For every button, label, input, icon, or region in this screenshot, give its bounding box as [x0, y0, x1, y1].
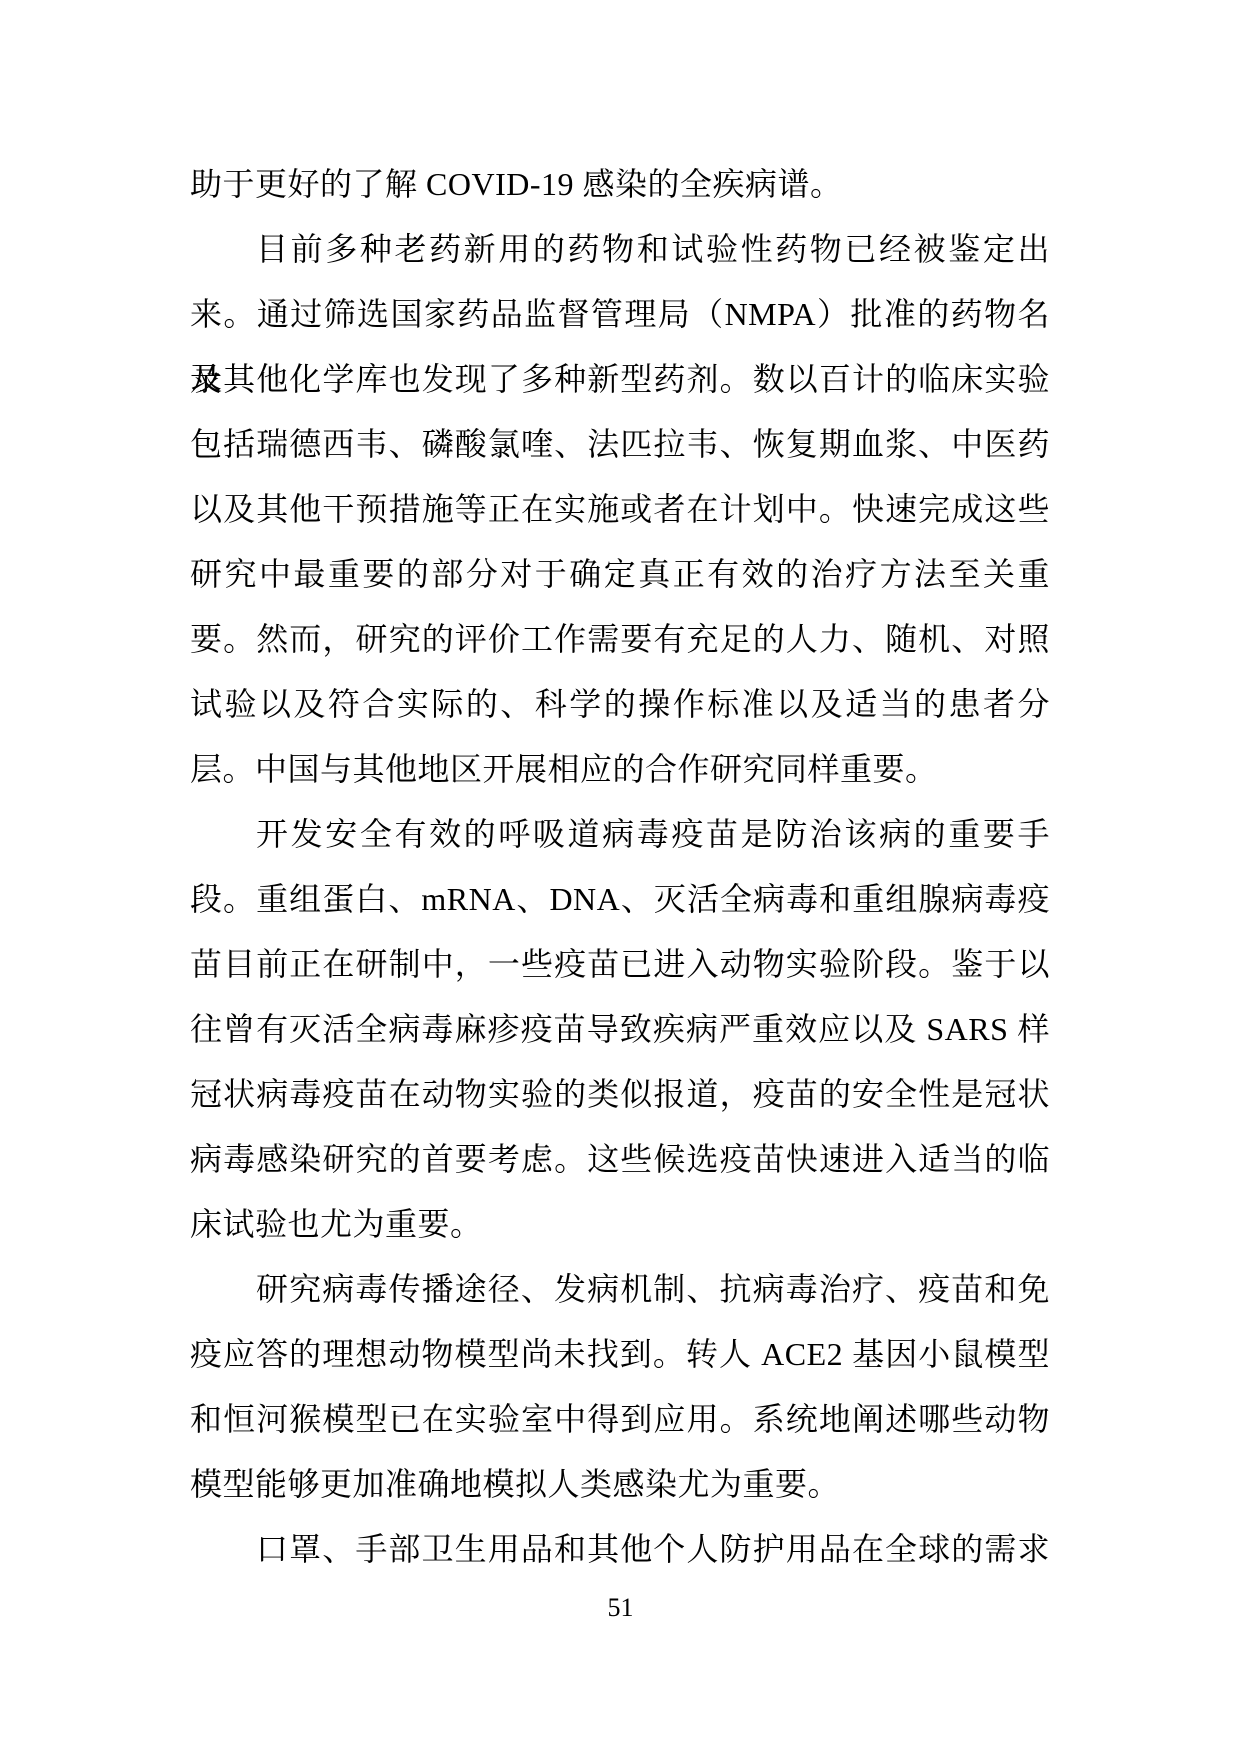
text-line: 目前多种老药新用的药物和试验性药物已经被鉴定出 [190, 217, 1050, 282]
text-line: 研究病毒传播途径、发病机制、抗病毒治疗、疫苗和免 [190, 1257, 1050, 1322]
text-line: 开发安全有效的呼吸道病毒疫苗是防治该病的重要手 [190, 802, 1050, 867]
text-line: 病毒感染研究的首要考虑。这些候选疫苗快速进入适当的临 [190, 1127, 1050, 1192]
text-line: 段。重组蛋白、mRNA、DNA、灭活全病毒和重组腺病毒疫 [190, 867, 1050, 932]
text-line: 和恒河猴模型已在实验室中得到应用。系统地阐述哪些动物 [190, 1387, 1050, 1452]
text-line: 往曾有灭活全病毒麻疹疫苗导致疾病严重效应以及 SARS 样 [190, 997, 1050, 1062]
text-line: 层。中国与其他地区开展相应的合作研究同样重要。 [190, 737, 1050, 802]
document-page: 助于更好的了解 COVID-19 感染的全疾病谱。 目前多种老药新用的药物和试验… [0, 0, 1241, 1754]
text-line: 疫应答的理想动物模型尚未找到。转人 ACE2 基因小鼠模型 [190, 1322, 1050, 1387]
text-line: 以及其他干预措施等正在实施或者在计划中。快速完成这些 [190, 477, 1050, 542]
text-line: 要。然而，研究的评价工作需要有充足的人力、随机、对照 [190, 607, 1050, 672]
text-block: 助于更好的了解 COVID-19 感染的全疾病谱。 目前多种老药新用的药物和试验… [190, 152, 1050, 1582]
text-line: 模型能够更加准确地模拟人类感染尤为重要。 [190, 1452, 1050, 1517]
text-line: 冠状病毒疫苗在动物实验的类似报道，疫苗的安全性是冠状 [190, 1062, 1050, 1127]
text-line: 研究中最重要的部分对于确定真正有效的治疗方法至关重 [190, 542, 1050, 607]
text-line: 苗目前正在研制中，一些疫苗已进入动物实验阶段。鉴于以 [190, 932, 1050, 997]
text-line: 包括瑞德西韦、磷酸氯喹、法匹拉韦、恢复期血浆、中医药 [190, 412, 1050, 477]
page-number: 51 [0, 1592, 1241, 1624]
text-line: 助于更好的了解 COVID-19 感染的全疾病谱。 [190, 152, 1050, 217]
text-line: 试验以及符合实际的、科学的操作标准以及适当的患者分 [190, 672, 1050, 737]
text-line: 及其他化学库也发现了多种新型药剂。数以百计的临床实验 [190, 347, 1050, 412]
text-line: 来。通过筛选国家药品监督管理局（NMPA）批准的药物名录 [190, 282, 1050, 347]
text-line: 口罩、手部卫生用品和其他个人防护用品在全球的需求 [190, 1517, 1050, 1582]
text-line: 床试验也尤为重要。 [190, 1192, 1050, 1257]
